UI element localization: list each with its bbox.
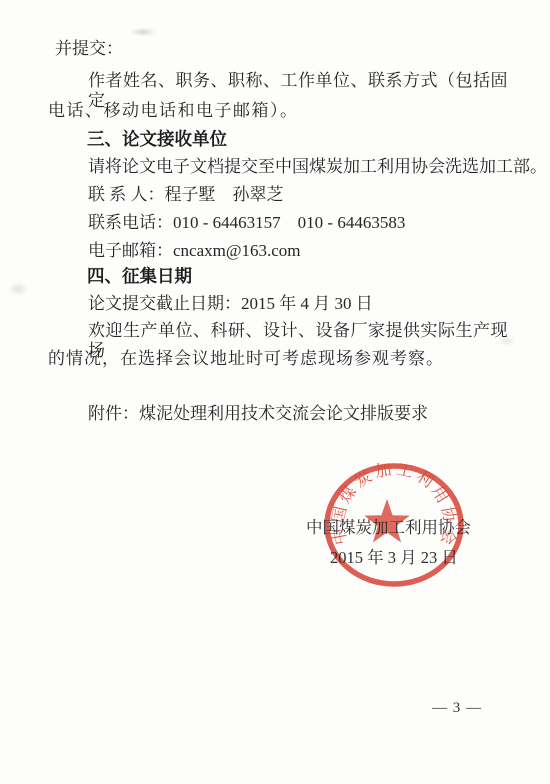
contact-email-line: 电子邮箱：cncaxm@163.com [88,241,301,261]
section-4-heading: 四、征集日期 [87,266,192,287]
document-page: 并提交： 作者姓名、职务、职称、工作单位、联系方式（包括固定 电话、移动电话和电… [0,0,550,784]
scan-smudge [8,282,28,296]
page-number: — 3 — [432,699,482,717]
submission-target-line: 请将论文电子文档提交至中国煤炭加工利用协会洗选加工部。 [88,157,547,177]
signature-date: 2015 年 3 月 23 日 [330,548,458,568]
welcome-line-2: 的情况，在选择会议地址时可考虑现场参观考察。 [48,349,444,369]
attachment-line: 附件：煤泥处理利用技术交流会论文排版要求 [88,404,428,424]
contact-person-line: 联 系 人：程子墅 孙翠芝 [88,185,284,205]
contact-phone-line: 联系电话：010 - 64463157 010 - 64463583 [88,213,405,233]
author-info-line-2: 电话、移动电话和电子邮箱）。 [48,101,299,121]
submit-line: 并提交： [55,39,123,59]
signature-organization: 中国煤炭加工利用协会 [306,518,471,538]
section-3-heading: 三、论文接收单位 [87,129,227,150]
scan-smudge [130,28,156,36]
deadline-line: 论文提交截止日期：2015 年 4 月 30 日 [88,294,373,314]
